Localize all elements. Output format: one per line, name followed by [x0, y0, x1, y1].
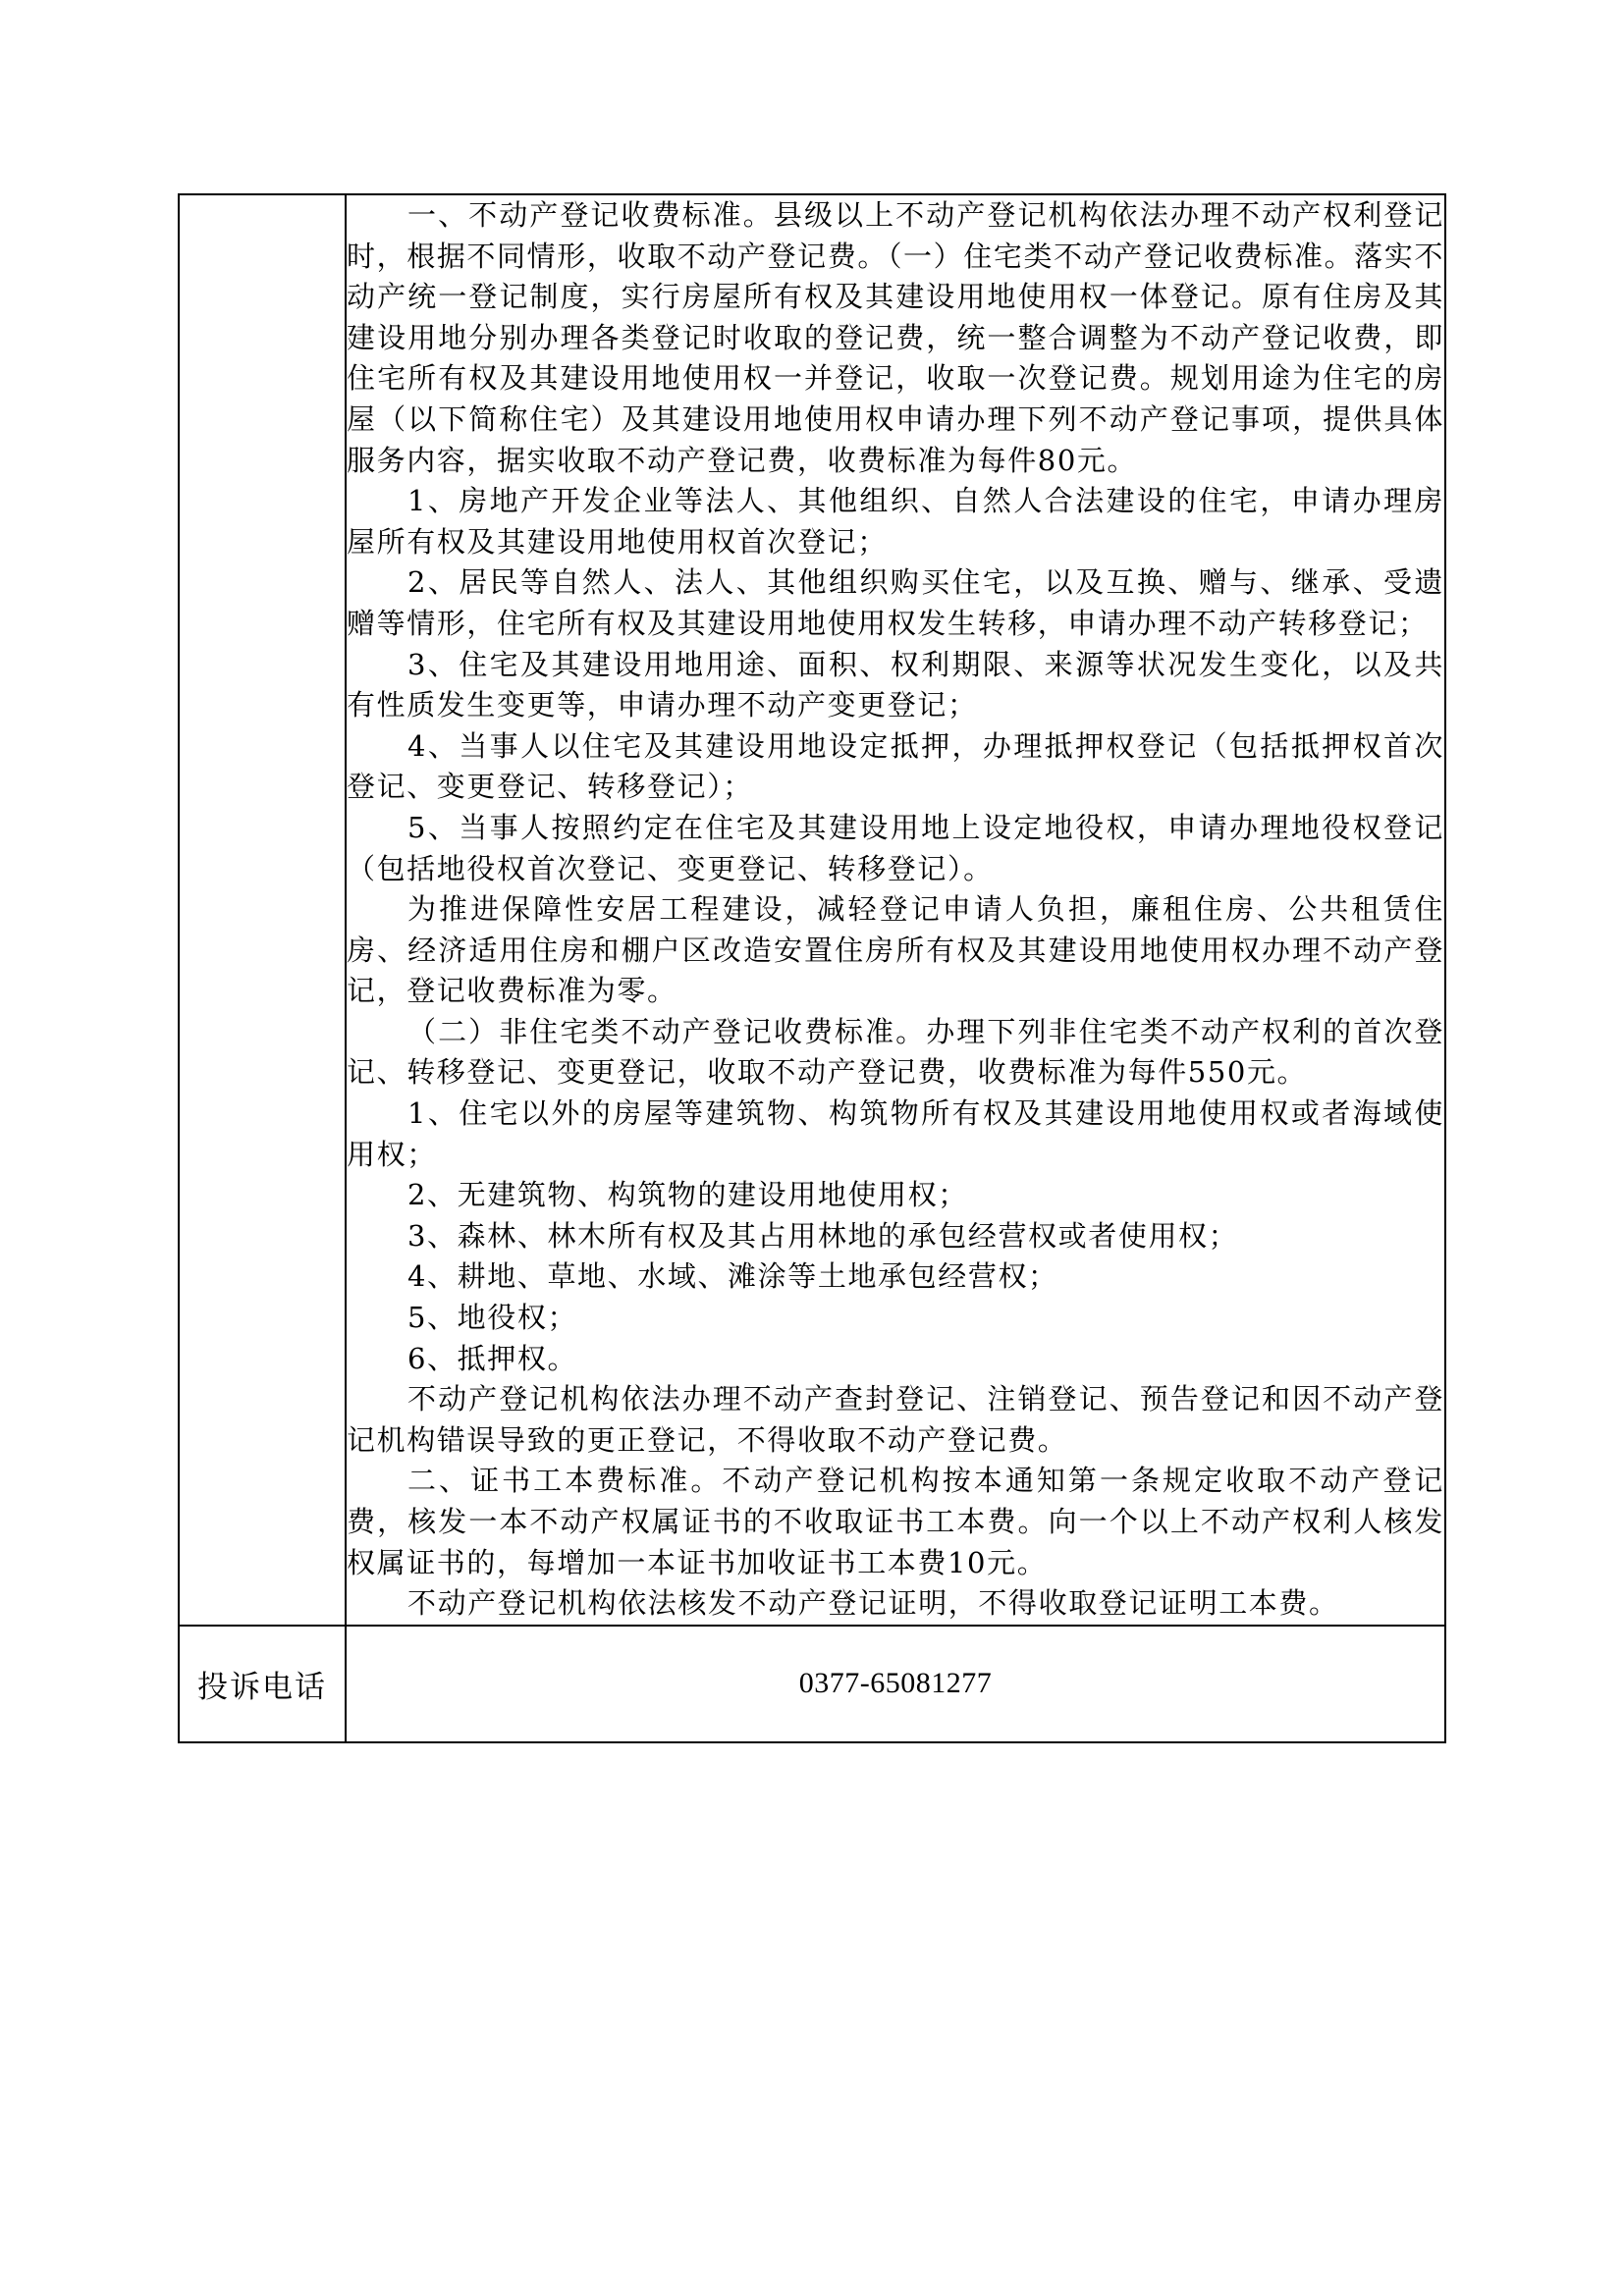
- paragraph-non-residential-item-2: 2、无建筑物、构筑物的建设用地使用权；: [347, 1175, 1444, 1216]
- paragraph-item-first-registration: 1、房地产开发企业等法人、其他组织、自然人合法建设的住宅，申请办理房屋所有权及其…: [347, 481, 1444, 562]
- complaint-phone-label: 投诉电话: [180, 1662, 345, 1706]
- complaint-phone-value-cell: 0377-65081277: [346, 1626, 1445, 1742]
- paragraph-registration-fee-standard: 一、不动产登记收费标准。县级以上不动产登记机构依法办理不动产权利登记时，根据不同…: [347, 195, 1444, 481]
- paragraph-certificate-proof-no-fee: 不动产登记机构依法核发不动产登记证明，不得收取登记证明工本费。: [347, 1583, 1444, 1625]
- document-page: 一、不动产登记收费标准。县级以上不动产登记机构依法办理不动产权利登记时，根据不同…: [0, 0, 1624, 2296]
- complaint-phone-number: 0377-65081277: [347, 1667, 1444, 1700]
- fee-standard-table: 一、不动产登记收费标准。县级以上不动产登记机构依法办理不动产权利登记时，根据不同…: [178, 193, 1446, 1743]
- fee-content-cell: 一、不动产登记收费标准。县级以上不动产登记机构依法办理不动产权利登记时，根据不同…: [346, 194, 1445, 1626]
- paragraph-no-fee-registrations: 不动产登记机构依法办理不动产查封登记、注销登记、预告登记和因不动产登记机构错误导…: [347, 1379, 1444, 1461]
- paragraph-item-mortgage-registration: 4、当事人以住宅及其建设用地设定抵押，办理抵押权登记（包括抵押权首次登记、变更登…: [347, 726, 1444, 808]
- fee-content-row: 一、不动产登记收费标准。县级以上不动产登记机构依法办理不动产权利登记时，根据不同…: [179, 194, 1445, 1626]
- paragraph-item-change-registration: 3、住宅及其建设用地用途、面积、权利期限、来源等状况发生变化，以及共有性质发生变…: [347, 645, 1444, 726]
- paragraph-non-residential-item-6: 6、抵押权。: [347, 1339, 1444, 1380]
- complaint-phone-label-cell: 投诉电话: [179, 1626, 346, 1742]
- complaint-phone-row: 投诉电话 0377-65081277: [179, 1626, 1445, 1742]
- paragraph-non-residential-fee-standard: （二）非住宅类不动产登记收费标准。办理下列非住宅类不动产权利的首次登记、转移登记…: [347, 1012, 1444, 1094]
- paragraph-non-residential-item-4: 4、耕地、草地、水域、滩涂等土地承包经营权；: [347, 1256, 1444, 1298]
- paragraph-non-residential-item-3: 3、森林、林木所有权及其占用林地的承包经营权或者使用权；: [347, 1216, 1444, 1257]
- paragraph-item-transfer-registration: 2、居民等自然人、法人、其他组织购买住宅，以及互换、赠与、继承、受遗赠等情形，住…: [347, 562, 1444, 644]
- content-label-cell: [179, 194, 346, 1626]
- paragraph-certificate-fee-standard: 二、证书工本费标准。不动产登记机构按本通知第一条规定收取不动产登记费，核发一本不…: [347, 1461, 1444, 1583]
- paragraph-non-residential-item-1: 1、住宅以外的房屋等建筑物、构筑物所有权及其建设用地使用权或者海域使用权；: [347, 1094, 1444, 1175]
- paragraph-affordable-housing-zero-fee: 为推进保障性安居工程建设，减轻登记申请人负担，廉租住房、公共租赁住房、经济适用住…: [347, 889, 1444, 1012]
- paragraph-non-residential-item-5: 5、地役权；: [347, 1298, 1444, 1339]
- paragraph-item-easement-registration: 5、当事人按照约定在住宅及其建设用地上设定地役权，申请办理地役权登记（包括地役权…: [347, 808, 1444, 889]
